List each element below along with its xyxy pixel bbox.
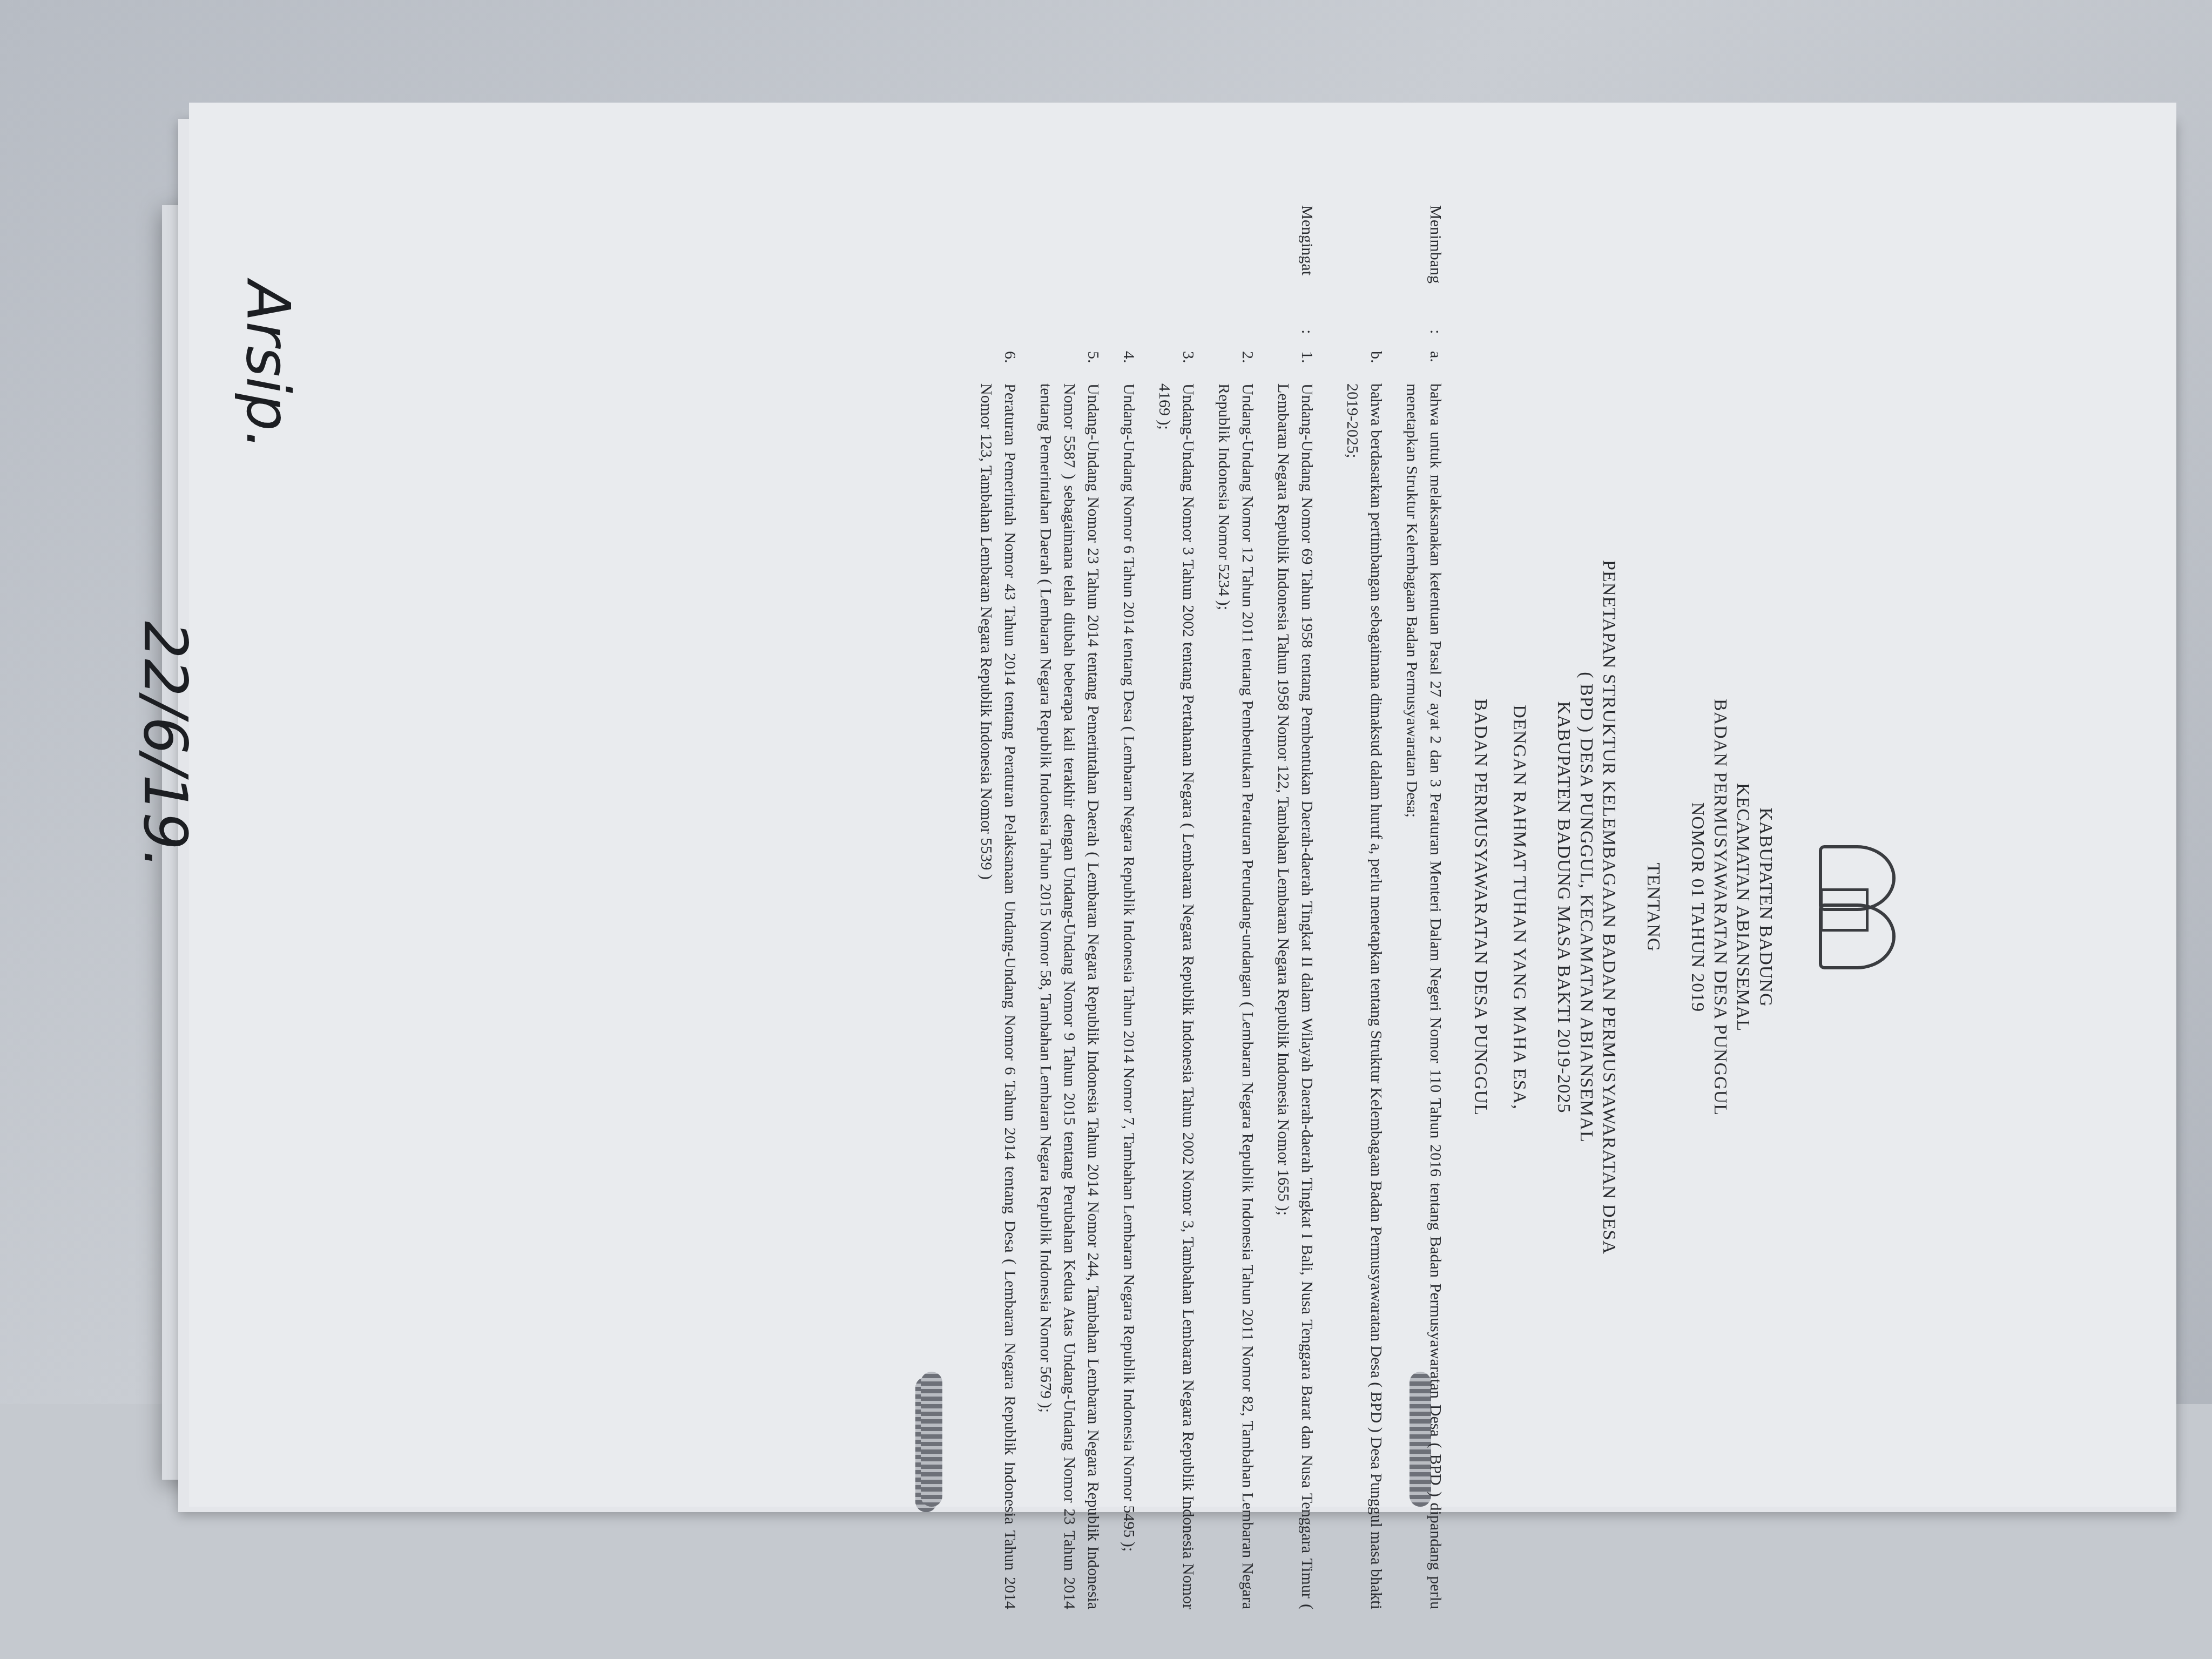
clause-row: 3. Undang-Undang Nomor 3 Tahun 2002 tent…: [1152, 205, 1200, 1609]
clause-row: Menimbang: a. bahwa untuk melaksanakan k…: [1400, 205, 1447, 1609]
clause-row: 6. Peraturan Pemerintah Nomor 43 Tahun 2…: [974, 205, 1022, 1609]
menimbang-section: Menimbang: a. bahwa untuk melaksanakan k…: [1340, 205, 1447, 1609]
invocation: DENGAN RAHMAT TUHAN YANG MAHA ESA, BADAN…: [1469, 205, 1530, 1609]
document-body: KABUPATEN BADUNG KECAMATAN ABIANSEMAL BA…: [27, 205, 1917, 1609]
clause-row: 5. Undang-Undang Nomor 23 Tahun 2014 ten…: [1034, 205, 1105, 1609]
clause-row: 2. Undang-Undang Nomor 12 Tahun 2011 ten…: [1212, 205, 1259, 1609]
clause-row: Mengingat: 1. Undang-Undang Nomor 69 Tah…: [1271, 205, 1319, 1609]
garuda-emblem-icon: [1793, 845, 1917, 969]
tentang-label: TENTANG: [1642, 205, 1664, 1609]
document-header: KABUPATEN BADUNG KECAMATAN ABIANSEMAL BA…: [1686, 205, 1777, 1609]
document-subject: PENETAPAN STRUKTUR KELEMBAGAAN BADAN PER…: [1552, 205, 1620, 1609]
clause-row: b. bahwa berdasarkan pertimbangan sebaga…: [1340, 205, 1388, 1609]
mengingat-section: Mengingat: 1. Undang-Undang Nomor 69 Tah…: [974, 205, 1319, 1609]
clause-row: 4. Undang-Undang Nomor 6 Tahun 2014 tent…: [1117, 205, 1141, 1609]
